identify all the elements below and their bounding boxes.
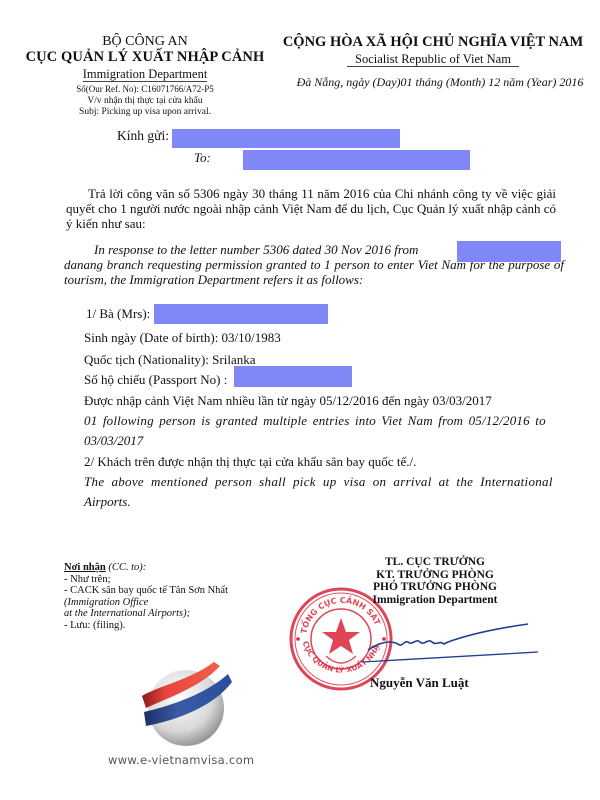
- cc-title: Nơi nhận: [64, 562, 106, 573]
- kinh-gui-label: Kính gửi:: [117, 128, 169, 144]
- item1-label: 1/ Bà (Mrs):: [86, 306, 150, 321]
- nationality: Quốc tịch (Nationality): Srilanka: [84, 352, 255, 367]
- paragraph-vn: Trả lời công văn số 5306 ngày 30 tháng 1…: [66, 186, 556, 231]
- item2-vn: 2/ Khách trên được nhận thị thực tại cửa…: [84, 454, 416, 469]
- ministry-name: BỘ CÔNG AN: [20, 34, 270, 49]
- country-header: CỘNG HÒA XÃ HỘI CHỦ NGHĨA VIỆT NAM Socia…: [268, 34, 598, 68]
- sig-title-3: PHÓ TRƯỞNG PHÒNG: [360, 581, 510, 594]
- passport-label: Số hộ chiếu (Passport No) :: [84, 372, 227, 387]
- item2-en-2: Airports.: [84, 494, 131, 509]
- redacted-company: [457, 241, 561, 262]
- redacted-name: [154, 304, 328, 324]
- cc-item: at the International Airports);: [64, 608, 228, 620]
- signature-block: TL. CỤC TRƯỞNG KT. TRƯỞNG PHÒNG PHÓ TRƯỞ…: [360, 556, 510, 606]
- redacted-passport: [234, 366, 352, 387]
- redacted-recipient-en: [243, 150, 470, 170]
- sig-title-2: KT. TRƯỞNG PHÒNG: [360, 569, 510, 582]
- subject-en: Subj: Picking up visa upon arrival.: [20, 107, 270, 118]
- department-name-en: Immigration Department: [83, 67, 208, 82]
- cc-list: Nơi nhận (CC. to): - Như trên; - CACK sâ…: [64, 562, 228, 631]
- globe-logo-icon: [128, 652, 238, 752]
- cc-item: - Lưu: (filing).: [64, 620, 228, 632]
- paragraph-en-line1: In response to the letter number 5306 da…: [94, 242, 418, 257]
- entry-en-1: 01 following person is granted multiple …: [84, 413, 546, 428]
- item2-en-1: The above mentioned person shall pick up…: [84, 474, 553, 489]
- reference-number: Số(Our Ref. No): C16071766/A72-P5: [20, 83, 270, 95]
- subject-vn: V/v nhận thị thực tại cửa khẩu: [20, 96, 270, 107]
- entry-en-2: 03/03/2017: [84, 433, 143, 448]
- subject: V/v nhận thị thực tại cửa khẩu Subj: Pic…: [20, 96, 270, 118]
- cc-item: - CACK sân bay quốc tế Tân Sơn Nhất: [64, 585, 228, 597]
- country-name-en: Socialist Republic of Viet Nam: [347, 52, 519, 67]
- entry-vn: Được nhập cảnh Việt Nam nhiều lần từ ngà…: [84, 393, 492, 408]
- date-line: Đà Nẵng, ngày (Day)01 tháng (Month) 12 n…: [280, 75, 600, 90]
- to-label: To:: [194, 150, 211, 166]
- sig-title-4: Immigration Department: [360, 594, 510, 607]
- cc-title-en: (CC. to):: [106, 562, 147, 573]
- handwritten-signature-icon: [360, 620, 540, 670]
- redacted-recipient: [172, 129, 400, 148]
- cc-item: - Như trên;: [64, 574, 228, 586]
- date-of-birth: Sinh ngày (Date of birth): 03/10/1983: [84, 330, 281, 345]
- sig-title-1: TL. CỤC TRƯỞNG: [360, 556, 510, 569]
- signatory-name: Nguyễn Văn Luật: [370, 675, 469, 691]
- cc-item: (Immigration Office: [64, 597, 228, 609]
- country-name: CỘNG HÒA XÃ HỘI CHỦ NGHĨA VIỆT NAM: [268, 34, 598, 50]
- department-name: CỤC QUẢN LÝ XUẤT NHẬP CẢNH: [20, 49, 270, 65]
- watermark-url: www.e-vietnamvisa.com: [108, 753, 254, 767]
- issuer-header: BỘ CÔNG AN CỤC QUẢN LÝ XUẤT NHẬP CẢNH Im…: [20, 34, 270, 95]
